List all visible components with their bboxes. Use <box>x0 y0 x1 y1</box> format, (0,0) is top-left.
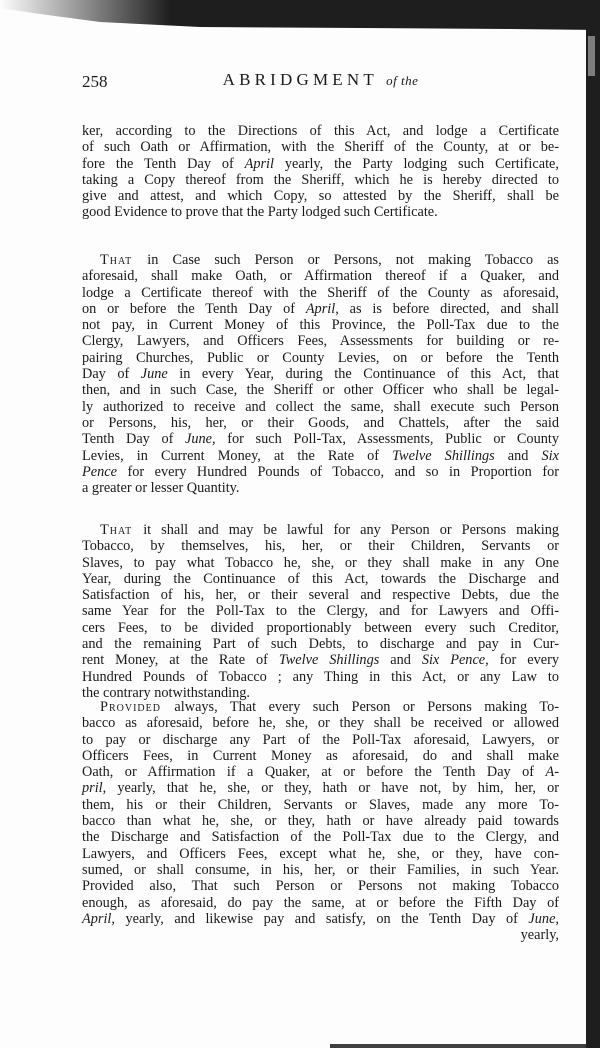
text-line: ker, according to the Directions of this… <box>82 123 559 139</box>
text-line: same Year for the Poll-Tax to the Clergy… <box>82 603 559 619</box>
italic-text: pril <box>82 780 103 796</box>
text-line: taking a Copy thereof from the Sheriff, … <box>82 172 559 188</box>
italic-text: June <box>185 431 212 447</box>
italic-text: Six <box>542 448 559 464</box>
text-line: or Persons, his, her, or their Goods, an… <box>82 415 559 431</box>
text-line: Levies, in Current Money, at the Rate of… <box>82 448 559 464</box>
text-line: then, and in such Case, the Sheriff or o… <box>82 382 559 398</box>
scan-border-right <box>586 28 600 1048</box>
text-line: Pence for every Hundred Pounds of Tobacc… <box>82 464 559 480</box>
text-line: rent Money, at the Rate of Twelve Shilli… <box>82 652 559 668</box>
text-line: Day of June in every Year, during the Co… <box>82 366 559 382</box>
running-head: ABRIDGMENT of the <box>82 70 559 90</box>
text-line: bacco than what he, she, or they, hath o… <box>82 813 559 829</box>
italic-text: Twelve Shillings <box>279 652 379 668</box>
text-line: ly authorized to receive and collect the… <box>82 399 559 415</box>
italic-text: Twelve Shillings <box>392 448 495 464</box>
italic-text: April <box>82 911 111 927</box>
text-line: of such Oath or Affirmation, with the Sh… <box>82 139 559 155</box>
paragraph-lead-word: That <box>100 252 147 268</box>
text-line: Satisfaction of his, her, or their sever… <box>82 587 559 603</box>
text-line: That it shall and may be lawful for any … <box>82 522 559 538</box>
scan-border-top <box>0 0 600 30</box>
catchword: yearly, <box>82 927 559 943</box>
text-line: Tobacco, by themselves, his, her, or the… <box>82 538 559 554</box>
text-line: good Evidence to prove that the Party lo… <box>82 204 559 220</box>
paragraph-2: That in Case such Person or Persons, not… <box>82 252 559 496</box>
text-line: Tenth Day of June, for such Poll-Tax, As… <box>82 431 559 447</box>
text-line: Clergy, Lawyers, and Officers Fees, Asse… <box>82 333 559 349</box>
italic-text: June <box>141 366 168 382</box>
catchword-block: yearly, <box>82 927 559 943</box>
running-head-main: ABRIDGMENT <box>223 70 378 89</box>
text-line: pairing Churches, Public or County Levie… <box>82 350 559 366</box>
text-line: to pay or discharge any Part of the Poll… <box>82 732 559 748</box>
text-line: Oath, or Affirmation if a Quaker, at or … <box>82 764 559 780</box>
paragraph-1: ker, according to the Directions of this… <box>82 123 559 221</box>
text-line: bacco as aforesaid, before he, she, or t… <box>82 715 559 731</box>
text-line: a greater or lesser Quantity. <box>82 480 559 496</box>
paragraph-lead-word: That <box>100 522 143 538</box>
italic-text: April <box>306 301 335 317</box>
scan-artifact <box>588 36 595 76</box>
text-line: Hundred Pounds of Tobacco ; any Thing in… <box>82 669 559 685</box>
text-line: Provided also, That such Person or Perso… <box>82 878 559 894</box>
paragraph-3: That it shall and may be lawful for any … <box>82 522 559 701</box>
italic-text: June <box>528 911 555 927</box>
text-line: the Discharge and Satisfaction of the Po… <box>82 829 559 845</box>
text-line: on or before the Tenth Day of April, as … <box>82 301 559 317</box>
text-line: That in Case such Person or Persons, not… <box>82 252 559 268</box>
text-line: sumed, or shall consume, in his, her, or… <box>82 862 559 878</box>
text-line: cers Fees, to be divided proportionably … <box>82 620 559 636</box>
italic-text: Six Pence <box>422 652 485 668</box>
running-head-tail: of the <box>386 73 418 88</box>
text-line: aforesaid, shall make Oath, or Affirmati… <box>82 268 559 284</box>
text-line: give and attest, and which Copy, so atte… <box>82 188 559 204</box>
italic-text: April <box>245 156 274 172</box>
text-line: fore the Tenth Day of April yearly, the … <box>82 156 559 172</box>
italic-text: A- <box>546 764 560 780</box>
text-line: enough, as aforesaid, do pay the same, a… <box>82 895 559 911</box>
scan-border-bottom <box>330 1044 586 1048</box>
text-line: Slaves, to pay what Tobacco he, she, or … <box>82 555 559 571</box>
text-line: lodge a Certificate thereof with the She… <box>82 285 559 301</box>
text-line: Officers Fees, in Current Money as afore… <box>82 748 559 764</box>
page-header: 258 ABRIDGMENT of the <box>82 70 559 94</box>
text-line: pril, yearly, that he, she, or they, hat… <box>82 780 559 796</box>
text-line: and the remaining Part of such Debts, to… <box>82 636 559 652</box>
text-line: them, his or their Children, Servants or… <box>82 797 559 813</box>
paragraph-4: Provided always, That every such Person … <box>82 699 559 927</box>
paragraph-lead-word: Provided <box>100 699 174 715</box>
text-line: Year, during the Continuance of this Act… <box>82 571 559 587</box>
italic-text: Pence <box>82 464 117 480</box>
document-page: 258 ABRIDGMENT of the ker, according to … <box>82 70 559 94</box>
text-line: Provided always, That every such Person … <box>82 699 559 715</box>
text-line: Lawyers, and Officers Fees, except what … <box>82 846 559 862</box>
text-line: April, yearly, and likewise pay and sati… <box>82 911 559 927</box>
text-line: not pay, in Current Money of this Provin… <box>82 317 559 333</box>
